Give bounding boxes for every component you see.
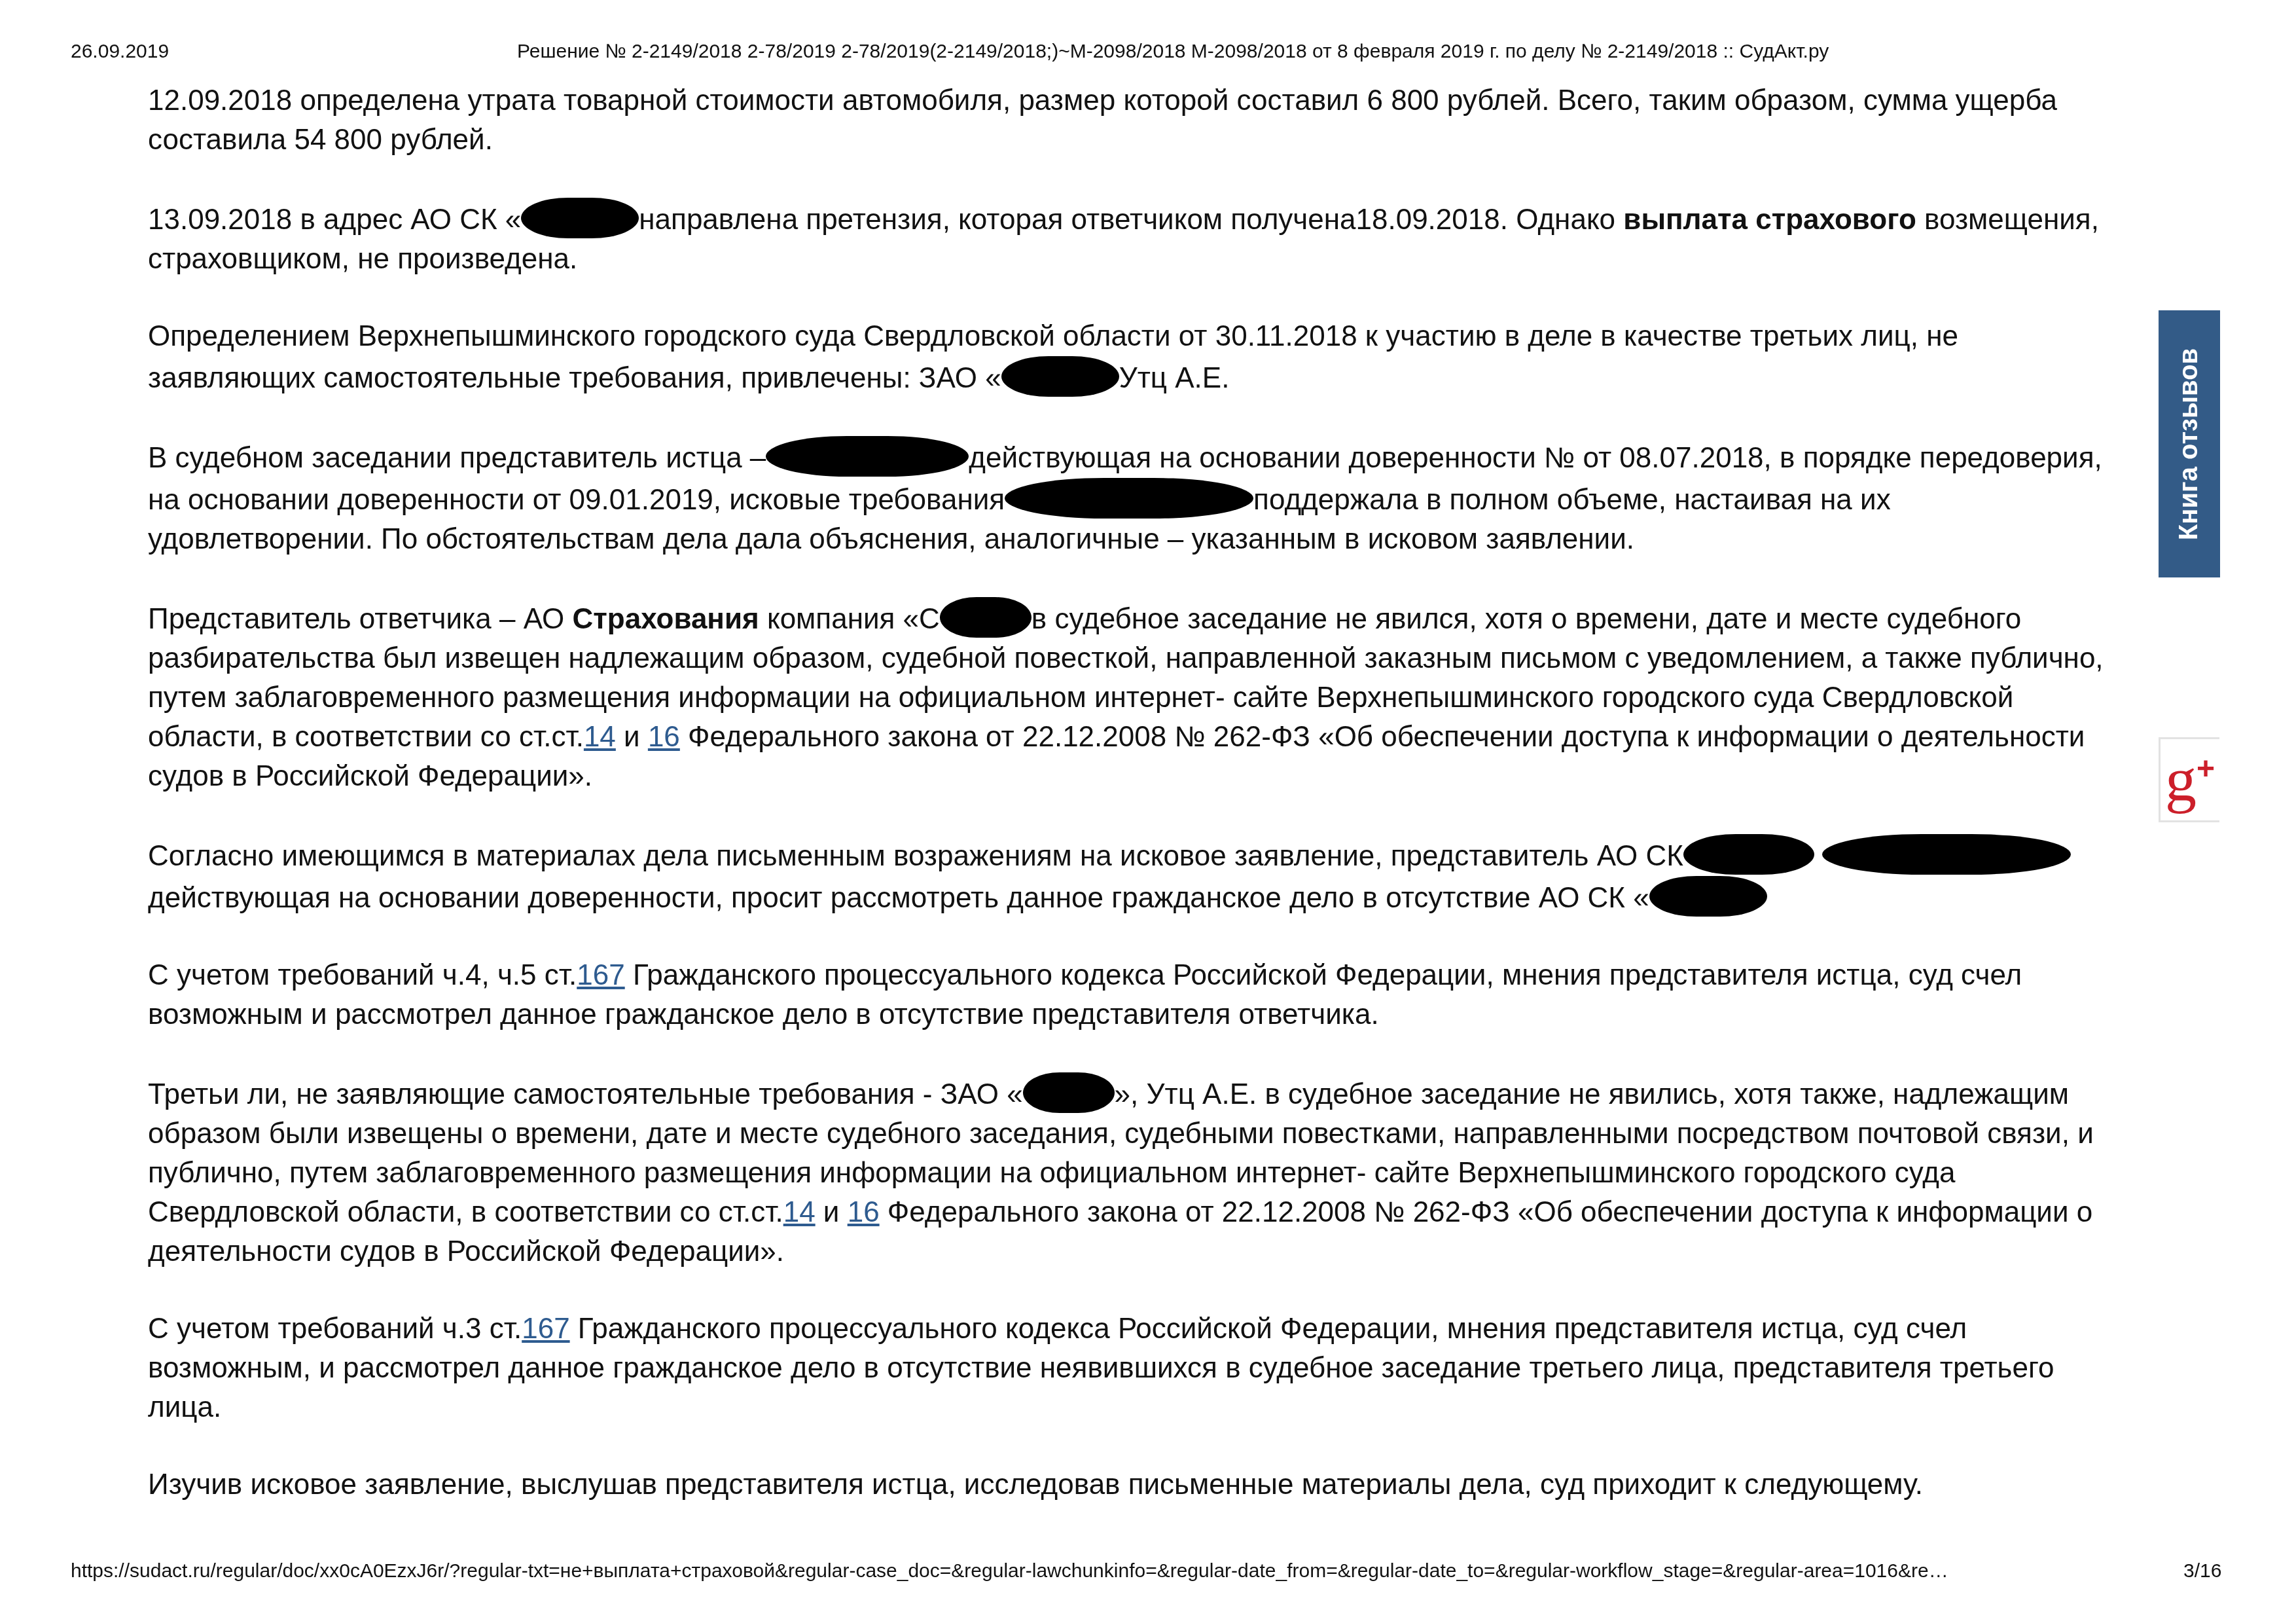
redaction-block <box>1005 478 1253 519</box>
page-number: 3/16 <box>2183 1560 2221 1582</box>
google-plus-icon: g+ <box>2165 748 2215 811</box>
paragraph: С учетом требований ч.4, ч.5 ст.167 Граж… <box>148 956 2111 1034</box>
page-url: https://sudact.ru/regular/doc/xx0cA0EzxJ… <box>71 1560 1948 1582</box>
paragraph: 13.09.2018 в адрес АО СК «направлена пре… <box>148 198 2111 279</box>
paragraph: С учетом требований ч.3 ст.167 Гражданск… <box>148 1309 2111 1427</box>
law-article-link-14[interactable]: 14 <box>783 1196 816 1228</box>
redaction-block <box>521 198 639 238</box>
paragraph: 12.09.2018 определена утрата товарной ст… <box>148 81 2111 160</box>
paragraph: Третьи ли, не заявляющие самостоятельные… <box>148 1072 2111 1271</box>
law-article-link-167[interactable]: 167 <box>522 1313 569 1345</box>
paragraph: Изучив исковое заявление, выслушав предс… <box>148 1465 2111 1504</box>
law-article-link-14[interactable]: 14 <box>584 721 616 753</box>
feedback-book-button[interactable]: Книга отзывов <box>2159 310 2220 577</box>
paragraph: В судебном заседании представитель истца… <box>148 436 2111 559</box>
redaction-block <box>1001 356 1119 397</box>
law-article-link-16[interactable]: 16 <box>848 1196 880 1228</box>
redaction-block <box>766 436 969 477</box>
redaction-block <box>1649 876 1767 917</box>
law-article-link-16[interactable]: 16 <box>648 721 680 753</box>
redaction-block <box>940 597 1031 638</box>
redaction-block <box>1023 1072 1115 1113</box>
paragraph: Согласно имеющимся в материалах дела пис… <box>148 834 2111 918</box>
law-article-link-167[interactable]: 167 <box>577 959 624 991</box>
page-title: Решение № 2-2149/2018 2-78/2019 2-78/201… <box>517 41 1829 63</box>
feedback-book-label: Книга отзывов <box>2175 348 2204 539</box>
redaction-block <box>1822 834 2071 875</box>
paragraph: Определением Верхнепышминского городског… <box>148 317 2111 398</box>
paragraph: Представитель ответчика – АО Страхования… <box>148 597 2111 796</box>
print-date: 26.09.2019 <box>71 41 169 63</box>
redaction-block <box>1683 834 1814 875</box>
document-body: 12.09.2018 определена утрата товарной ст… <box>148 81 2111 1542</box>
google-plus-button[interactable]: g+ <box>2159 737 2219 822</box>
